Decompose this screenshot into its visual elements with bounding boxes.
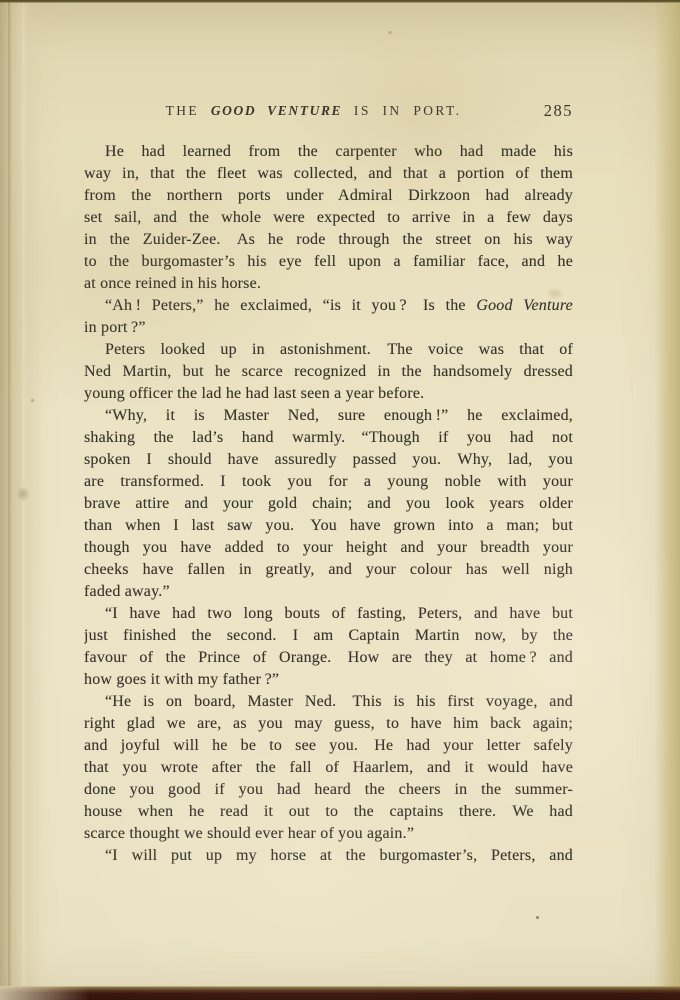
text-line: that you wrote after the fall of Haarlem… [84, 757, 573, 779]
left-page-edge [0, 0, 44, 1000]
text-line: Peters looked up in astonishment. The vo… [84, 339, 573, 361]
text-line: done you good if you had heard the cheer… [84, 779, 573, 801]
page-number: 285 [544, 101, 573, 121]
text-line: from the northern ports under Admiral Di… [84, 185, 573, 207]
right-page-edge [654, 0, 680, 1000]
text-line: at once reined in his horse. [84, 273, 573, 295]
paper-speck [30, 398, 35, 403]
binding-crease-highlight [22, 0, 28, 1000]
text-line: way in, that the fleet was collected, an… [84, 163, 573, 185]
text-line: scarce thought we should ever hear of yo… [84, 823, 573, 845]
text-line: than when I last saw you. You have grown… [84, 515, 573, 537]
book-name-italic: Good Venture [476, 297, 573, 314]
text-line: are transformed. I took you for a young … [84, 471, 573, 493]
text-line: Ned Martin, but he scarce recognized in … [84, 361, 573, 383]
text-line: “Why, it is Master Ned, sure enough !” h… [84, 405, 573, 427]
running-header: THE GOOD VENTURE IS IN PORT. 285 [84, 103, 573, 125]
text-line: spoken I should have assuredly passed yo… [84, 449, 573, 471]
text-line: cheeks have fallen in greatly, and your … [84, 559, 573, 581]
text-line: in port ?” [84, 317, 573, 339]
paper-speck [536, 916, 539, 919]
text-column: He had learned from the carpenter who ha… [84, 141, 573, 867]
paper-speck [388, 31, 392, 34]
text-line: though you have added to your height and… [84, 537, 573, 559]
text-line: how goes it with my father ?” [84, 669, 573, 691]
top-page-edge [0, 0, 680, 3]
text-line: He had learned from the carpenter who ha… [84, 141, 573, 163]
binding-crease [8, 0, 12, 1000]
running-title: THE GOOD VENTURE IS IN PORT. [84, 103, 543, 119]
page-edge-smudge [16, 486, 30, 502]
text-line: “He is on board, Master Ned. This is his… [84, 691, 573, 713]
book-page: THE GOOD VENTURE IS IN PORT. 285 He had … [0, 0, 680, 1000]
text-line: to the burgomaster’s his eye fell upon a… [84, 251, 573, 273]
text-line: favour of the Prince of Orange. How are … [84, 647, 573, 669]
text-line: “Ah ! Peters,” he exclaimed, “is it you … [84, 295, 573, 317]
text-line: “I will put up my horse at the burgomast… [84, 845, 573, 867]
text-line: house when he read it out to the captain… [84, 801, 573, 823]
text-line-segment: “Ah ! Peters,” he exclaimed, “is it you … [105, 297, 476, 314]
bottom-edge-fade [0, 986, 90, 1000]
text-line: and joyful will he be to see you. He had… [84, 735, 573, 757]
running-title-book-name: GOOD VENTURE [211, 103, 342, 118]
bottom-book-edge [0, 986, 680, 1000]
text-line: just finished the second. I am Captain M… [84, 625, 573, 647]
running-title-pre: THE [166, 103, 211, 118]
text-line: set sail, and the whole were expected to… [84, 207, 573, 229]
text-line: brave attire and your gold chain; and yo… [84, 493, 573, 515]
text-line: right glad we are, as you may guess, to … [84, 713, 573, 735]
text-line: shaking the lad’s hand warmly. “Though i… [84, 427, 573, 449]
text-line: “I have had two long bouts of fasting, P… [84, 603, 573, 625]
text-line: in the Zuider-Zee. As he rode through th… [84, 229, 573, 251]
running-title-post: IS IN PORT. [342, 103, 461, 118]
text-line: young officer the lad he had last seen a… [84, 383, 573, 405]
text-line: faded away.” [84, 581, 573, 603]
